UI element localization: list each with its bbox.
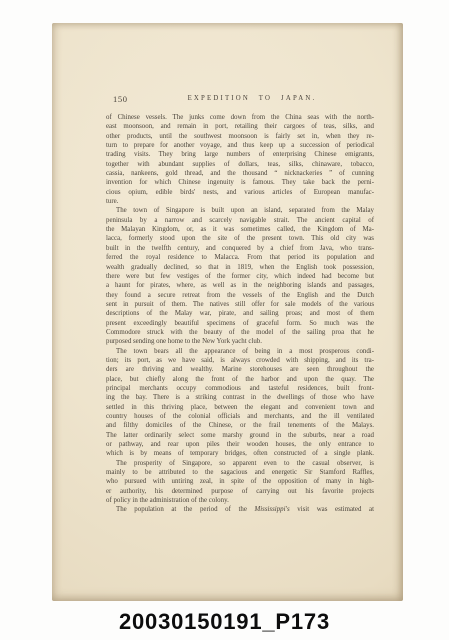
text-line: lacca, formerly stood upon the site of t…: [106, 234, 374, 243]
text-line: who pursued with untiring zeal, in spite…: [106, 477, 374, 486]
text-line: Commodore struck with the beauty of the …: [106, 328, 374, 337]
page-text: of Chinese vessels. The junks come down …: [106, 113, 374, 515]
paragraph: The town of Singapore is built upon an i…: [106, 206, 374, 346]
text-line: sent in pursuit of them. The natives sti…: [106, 300, 374, 309]
paragraph: The prosperity of Singapore, so apparent…: [106, 459, 374, 506]
text-line: of policy in the administration of the c…: [106, 496, 374, 505]
text-line: er authority, his determined purpose of …: [106, 487, 374, 496]
text-line: trading visits. They bring large numbers…: [106, 150, 374, 159]
text-line: ferred the royal residence to Malacca. F…: [106, 253, 374, 262]
text-line: turn to prepare for another voyage, and …: [106, 141, 374, 150]
text-line: a haunt for pirates, where, as well as i…: [106, 281, 374, 290]
text-line: the Malayan Kingdom, or, as it was somet…: [106, 225, 374, 234]
text-line: ture.: [106, 197, 374, 206]
text-line: wealth gradually declined, so that in 18…: [106, 263, 374, 272]
text-line: country houses of the colonial officials…: [106, 412, 374, 421]
text-line: mainly to be attributed to the sagacious…: [106, 468, 374, 477]
text-line: and filthy domiciles of the Chinese, or …: [106, 421, 374, 430]
paragraph: The population at the period of the Miss…: [106, 505, 374, 514]
paragraph: of Chinese vessels. The junks come down …: [106, 113, 374, 206]
text-line: ders are thriving and wealthy. Marine st…: [106, 365, 374, 374]
text-line: The latter ordinarily select some marshy…: [106, 431, 374, 440]
text-line: which is by means of temporary bridges, …: [106, 449, 374, 458]
text-line: The town bears all the appearance of bei…: [106, 347, 374, 356]
text-line: ing the bay. There is a striking contras…: [106, 393, 374, 402]
running-header: EXPEDITION TO JAPAN.: [118, 95, 386, 102]
text-line: cious opium, edible birds' nests, and va…: [106, 188, 374, 197]
text-line: principal merchants occupy commodious an…: [106, 384, 374, 393]
text-line: The town of Singapore is built upon an i…: [106, 206, 374, 215]
text-line: or pathway, and rear upon piles their wo…: [106, 440, 374, 449]
image-id-caption: 20030150191_P173: [0, 609, 449, 635]
text-line: built in the twelfth century, and conque…: [106, 244, 374, 253]
text-line: settled in this thriving place, between …: [106, 403, 374, 412]
text-line: there were but few vestiges of the forme…: [106, 272, 374, 281]
scan-photo: 150 EXPEDITION TO JAPAN. of Chinese vess…: [0, 0, 449, 640]
text-line: present exceedingly beautiful specimens …: [106, 319, 374, 328]
text-line: they found a secure retreat from the ves…: [106, 291, 374, 300]
page-header: 150 EXPEDITION TO JAPAN.: [106, 94, 374, 106]
text-line: descriptions of the Malay war, pirate, a…: [106, 309, 374, 318]
text-line: The prosperity of Singapore, so apparent…: [106, 459, 374, 468]
text-line: place, but chiefly along the front of th…: [106, 375, 374, 384]
text-line: other products, until the southwest moon…: [106, 132, 374, 141]
text-line: east moonsoon, and remain in port, retai…: [106, 122, 374, 131]
text-line: tion; its port, as we have said, is alwa…: [106, 356, 374, 365]
text-line: invention for which Chinese ingenuity is…: [106, 178, 374, 187]
book-page: 150 EXPEDITION TO JAPAN. of Chinese vess…: [52, 23, 403, 601]
text-line: cassia, nankeens, gold thread, and the t…: [106, 169, 374, 178]
text-line: of Chinese vessels. The junks come down …: [106, 113, 374, 122]
text-line: purposed sending one home to the New Yor…: [106, 337, 374, 346]
text-line: The population at the period of the Miss…: [106, 505, 374, 514]
text-line: together with abundant supplies of dolla…: [106, 160, 374, 169]
paragraph: The town bears all the appearance of bei…: [106, 347, 374, 459]
text-line: peninsula by a narrow and scarcely navig…: [106, 216, 374, 225]
